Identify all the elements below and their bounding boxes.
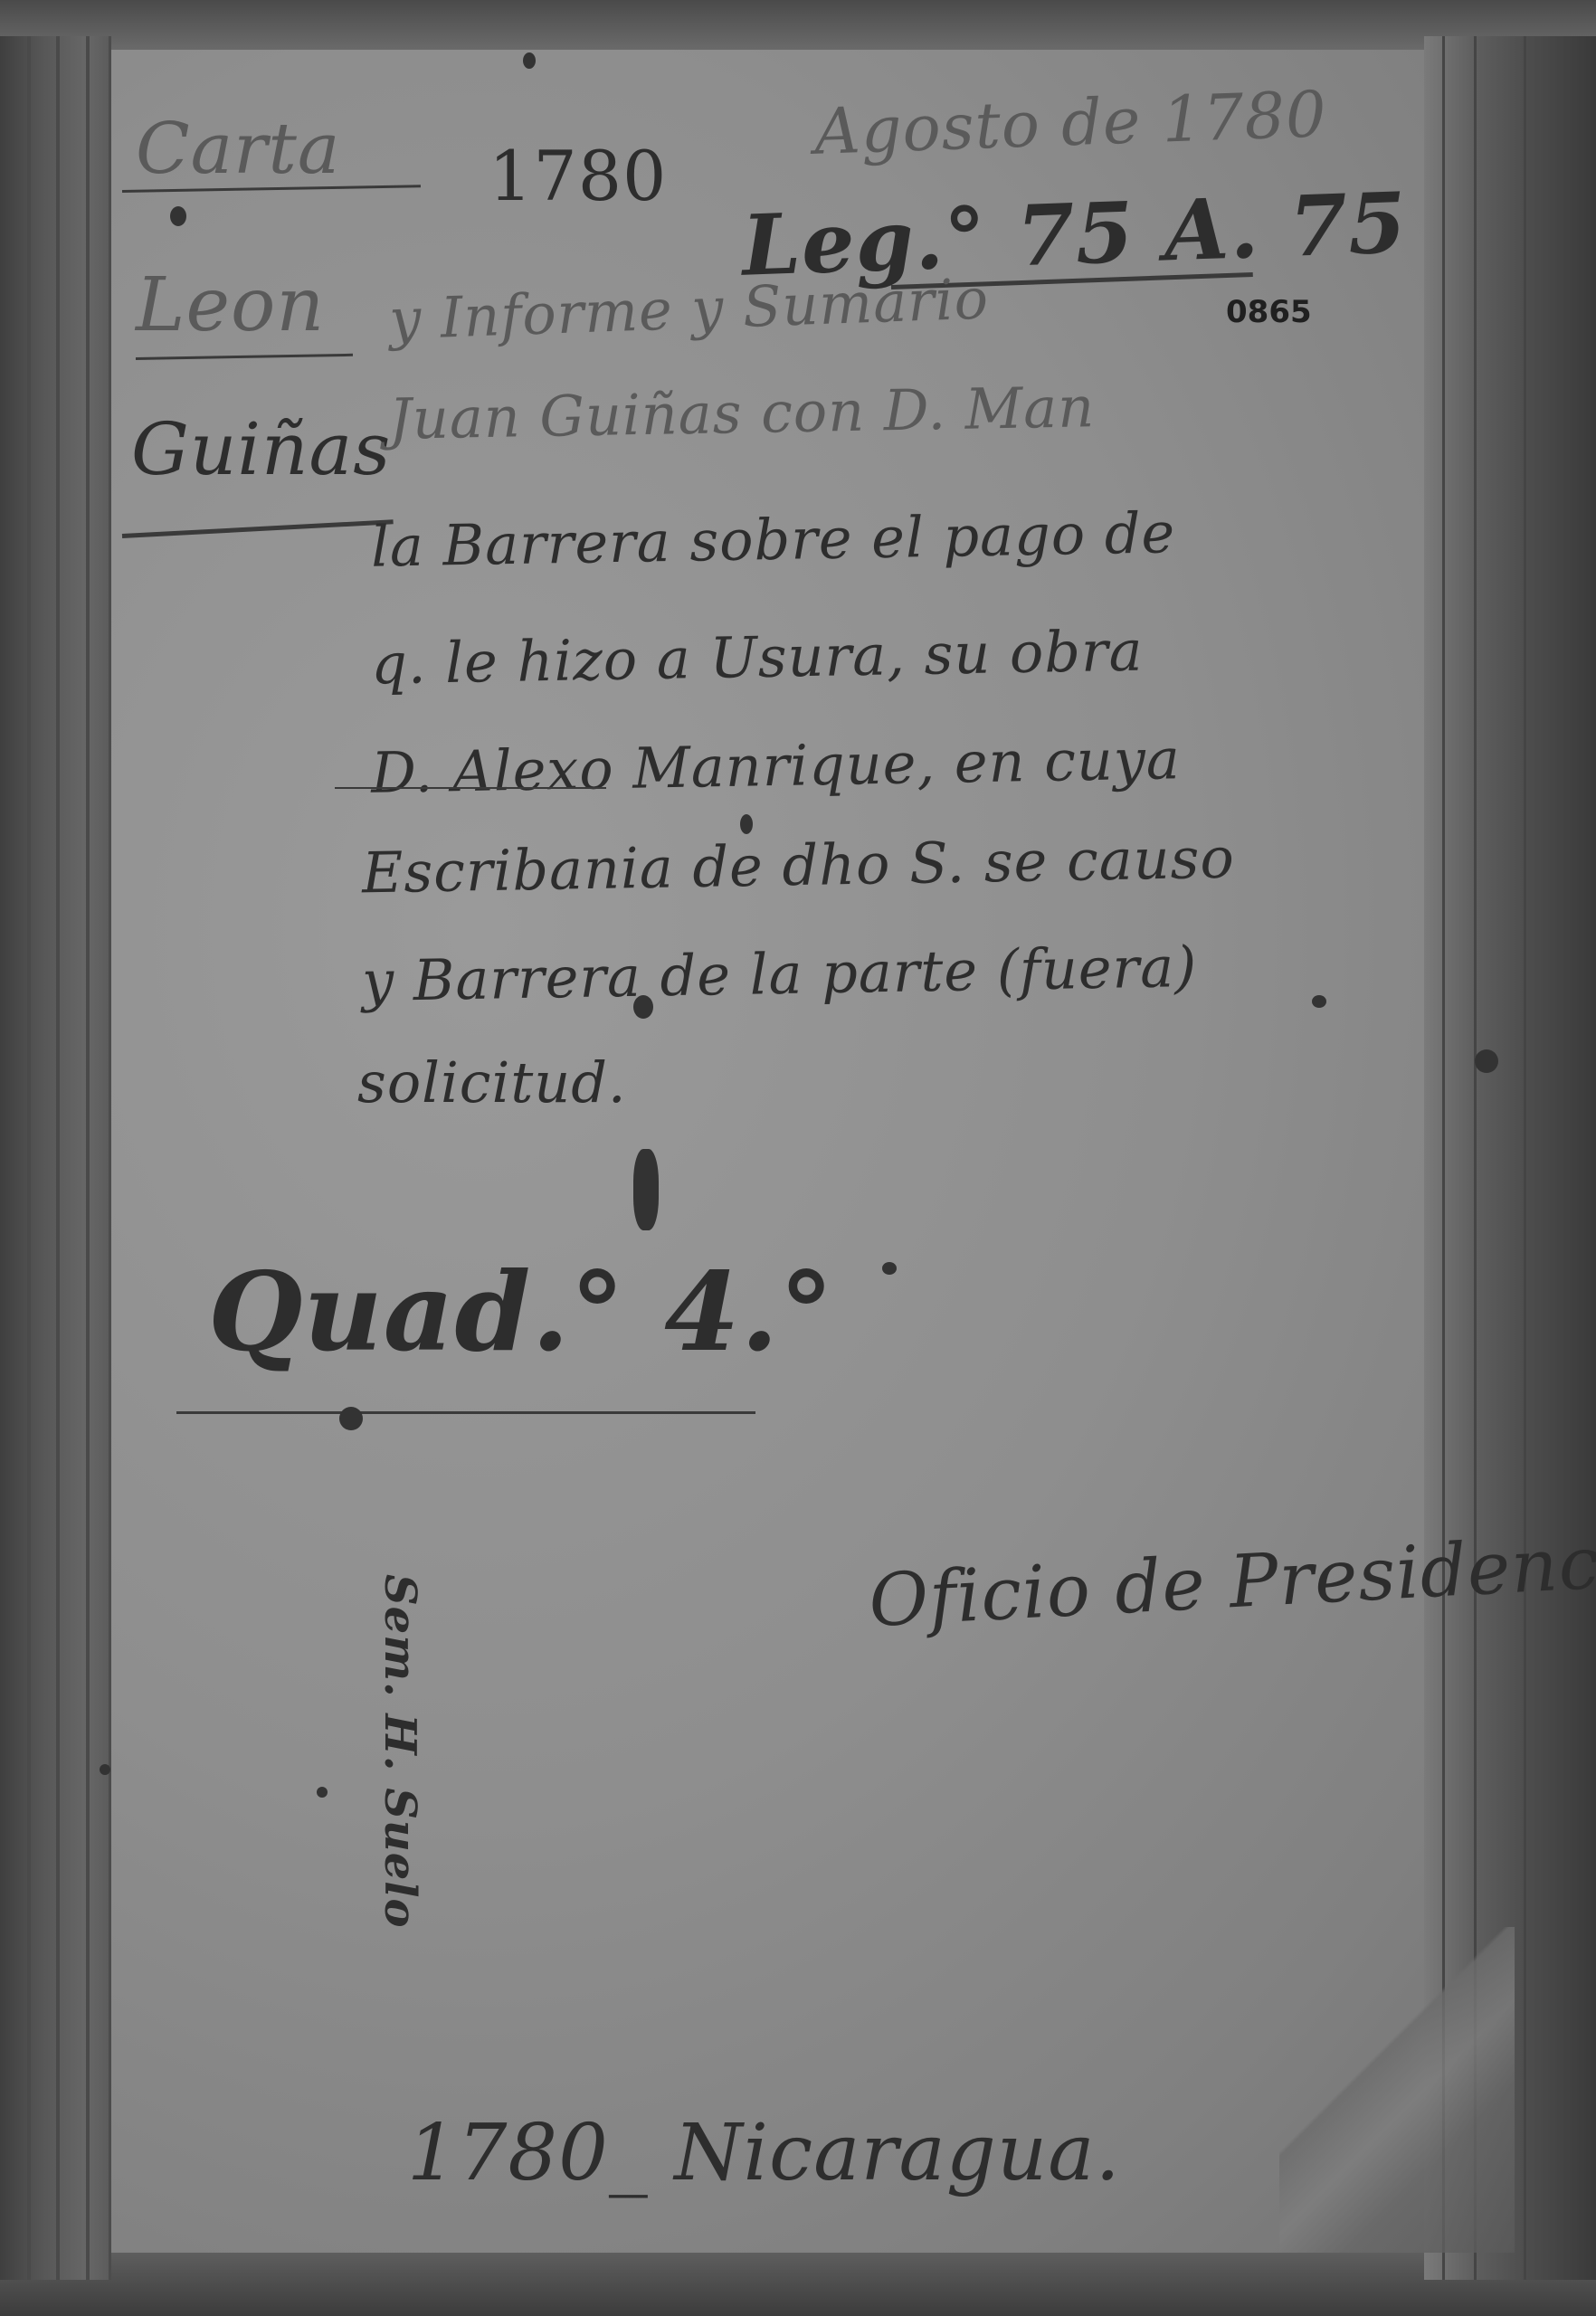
ink-blot [170, 206, 186, 226]
vertical-margin-note: Sem. H. Suelo [375, 1574, 425, 1929]
left-binding-edge [0, 36, 111, 2280]
body-line-4: q. le hizo a Usura, su obra [370, 618, 1144, 698]
binding-strip [86, 36, 90, 2280]
ink-blot [633, 1149, 659, 1230]
footer-year-place: 1780_ Nicaragua. [407, 2108, 1121, 2198]
body-line-8: solicitud. [357, 1049, 627, 1115]
scan-bottom-edge [0, 2253, 1596, 2316]
page-curl-corner [1279, 1927, 1515, 2253]
underline [335, 787, 606, 789]
binding-strip [56, 36, 60, 2280]
ink-blot [523, 52, 536, 69]
ink-blot [100, 1764, 110, 1775]
ink-blot [1475, 1049, 1498, 1073]
page-fold-line [1524, 36, 1526, 2280]
ink-blot [633, 995, 653, 1019]
ink-blot [339, 1407, 363, 1430]
scan-top-edge [0, 0, 1596, 50]
margin-place: Leon [136, 262, 325, 348]
ink-blot [1312, 995, 1326, 1008]
body-line-3: la Barrera sobre el pago de [370, 499, 1175, 580]
ink-blot [740, 814, 753, 834]
margin-subject-name: Guiñas [131, 407, 391, 491]
quad-label: Quad.° 4.° [208, 1248, 834, 1376]
ink-blot [317, 1787, 328, 1798]
body-line-2: Juan Guiñas con D. Man [388, 374, 1095, 452]
binding-strip [27, 36, 31, 2280]
header-year: 1780 [489, 136, 667, 216]
ink-blot [882, 1262, 897, 1275]
body-line-5: D. Alexo Manrique, en cuya [370, 726, 1181, 806]
margin-title: Carta [136, 109, 340, 190]
quad-underline [176, 1411, 755, 1414]
archive-stamp-number: 0865 [1226, 294, 1312, 330]
